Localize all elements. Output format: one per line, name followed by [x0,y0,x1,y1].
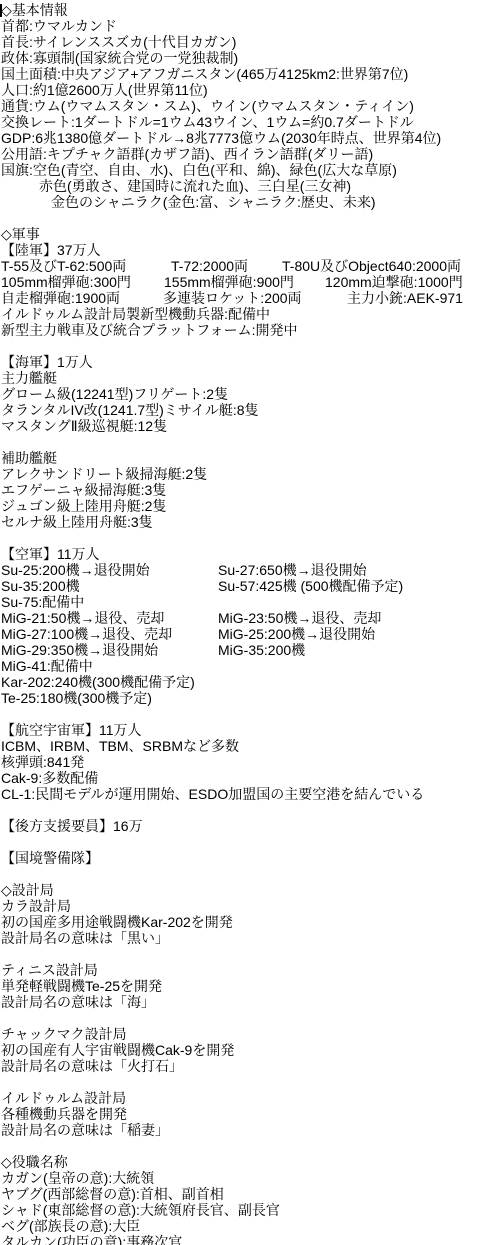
text-line: 首長:サイレンススズカ(十代目カガン) [1,34,500,50]
text-column: MiG-21:50機→退役、売却 [1,610,164,626]
document-body: ◇基本情報首都:ウマルカンド首長:サイレンススズカ(十代目カガン)政体:寡頭制(… [0,0,500,1245]
text-line: グローム級(12241型)フリゲート:2隻 [1,386,500,402]
text-line: 【後方支援要員】16万 [1,818,500,834]
text-line: CL-1:民間モデルが運用開始、ESDO加盟国の主要空港を結んでいる [1,786,500,802]
text-column: 多連装ロケット:200両 [163,290,302,306]
section-military-army: ◇軍事【陸軍】37万人T-55及びT-62:500両T-72:2000両T-80… [1,226,500,338]
text-line: ヤブグ(西部総督の意):首相、副首相 [1,1186,500,1202]
text-line: 105mm榴弾砲:300門155mm榴弾砲:900門120mm迫撃砲:1000門 [1,274,500,290]
section-navy-auxiliary: 補助艦艇アレクサンドリート級掃海艇:2隻エフゲーニャ級掃海艇:3隻ジュゴン級上陸… [1,450,500,530]
section-aerospace-force: 【航空宇宙軍】11万人ICBM、IRBM、TBM、SRBMなど多数核弾頭:841… [1,722,500,802]
text-line: イルドゥルム設計局 [1,1090,500,1106]
text-line: 国旗:空色(青空、自由、水)、白色(平和、綿)、緑色(広大な草原) [1,162,500,178]
text-line: ◇基本情報 [1,2,500,18]
text-line: セルナ級上陸用舟艇:3隻 [1,514,500,530]
text-line: 主力艦艇 [1,370,500,386]
text-line: 【陸軍】37万人 [1,242,500,258]
text-line: Kar-202:240機(300機配備予定) [1,674,500,690]
text-column: MiG-25:200機→退役開始 [218,626,375,642]
text-line: 単発軽戦闘機Te-25を開発 [1,978,500,994]
text-line: 通貨:ウム(ウマムスタン・スム)、ウイン(ウマムスタン・ティイン) [1,98,500,114]
section-border-guard: 【国境警備隊】 [1,850,500,866]
text-line: 設計局名の意味は「火打石」 [1,1058,500,1074]
text-column: MiG-23:50機→退役、売却 [218,610,381,626]
text-line: Su-35:200機Su-57:425機 (500機配備予定) [1,578,500,594]
text-line: GDP:6兆1380億ダートドル→8兆7773億ウム(2030年時点、世界第4位… [1,130,500,146]
text-line: 金色のシャニラク(金色:富、シャニラク:歴史、未来) [1,194,500,210]
text-line: 赤色(勇敢さ、建国時に流れた血)、三白星(三女神) [1,178,500,194]
text-line: 【国境警備隊】 [1,850,500,866]
text-column: MiG-29:350機→退役開始 [1,642,158,658]
text-line: カラ設計局 [1,898,500,914]
text-line: 【航空宇宙軍】11万人 [1,722,500,738]
text-line: 交換レート:1ダートドル=1ウム43ウイン、1ウム=約0.7ダートドル [1,114,500,130]
text-line: チャックマク設計局 [1,1026,500,1042]
text-line: ベグ(部族長の意):大臣 [1,1218,500,1234]
text-line: カガン(皇帝の意):大統領 [1,1170,500,1186]
text-line: 初の国産多用途戦闘機Kar-202を開発 [1,914,500,930]
text-line: アレクサンドリート級掃海艇:2隻 [1,466,500,482]
text-line: マスタングⅡ級巡視艇:12隻 [1,418,500,434]
section-official-titles: ◇役職名称カガン(皇帝の意):大統領ヤブグ(西部総督の意):首相、副首相シャド(… [1,1154,500,1245]
section-basic-info: ◇基本情報首都:ウマルカンド首長:サイレンススズカ(十代目カガン)政体:寡頭制(… [1,2,500,210]
text-line: Te-25:180機(300機予定) [1,690,500,706]
text-column: Su-35:200機 [1,578,80,594]
text-line: 新型主力戦車及び統合プラットフォーム:開発中 [1,322,500,338]
text-column: 155mm榴弾砲:900門 [164,274,294,290]
text-line: イルドゥルム設計局製新型機動兵器:配備中 [1,306,500,322]
section-design-bureau-kara: ◇設計局カラ設計局初の国産多用途戦闘機Kar-202を開発設計局名の意味は「黒い… [1,882,500,946]
text-column: 主力小銃:AEK-971 [347,290,463,306]
text-column: Su-27:650機→退役開始 [218,562,367,578]
text-line: 各種機動兵器を開発 [1,1106,500,1122]
text-line: Su-75:配備中 [1,594,500,610]
text-line: シャド(東部総督の意):大統領府長官、副長官 [1,1202,500,1218]
text-column: T-72:2000両 [171,258,248,274]
text-line: T-55及びT-62:500両T-72:2000両T-80U及びObject64… [1,258,500,274]
text-column: Su-25:200機→退役開始 [1,562,150,578]
text-column: T-80U及びObject640:2000両 [282,258,461,274]
text-line: 【海軍】1万人 [1,354,500,370]
text-column: Su-57:425機 (500機配備予定) [218,578,403,594]
text-column: T-55及びT-62:500両 [1,258,126,274]
text-line: MiG-27:100機→退役、売却MiG-25:200機→退役開始 [1,626,500,642]
text-line: 自走榴弾砲:1900両多連装ロケット:200両主力小銃:AEK-971 [1,290,500,306]
text-line: エフゲーニャ級掃海艇:3隻 [1,482,500,498]
text-line: タランタルIV改(1241.7型)ミサイル艇:8隻 [1,402,500,418]
text-column: 自走榴弾砲:1900両 [1,290,120,306]
text-line: 国土面積:中央アジア+アフガニスタン(465万4125km2:世界第7位) [1,66,500,82]
section-design-bureau-tinis: ティニス設計局単発軽戦闘機Te-25を開発設計局名の意味は「海」 [1,962,500,1010]
document-sections: ◇基本情報首都:ウマルカンド首長:サイレンススズカ(十代目カガン)政体:寡頭制(… [1,2,500,1245]
section-air-force: 【空軍】11万人Su-25:200機→退役開始Su-27:650機→退役開始Su… [1,546,500,706]
text-line: 人口:約1億2600万人(世界第11位) [1,82,500,98]
text-line: MiG-29:350機→退役開始MiG-35:200機 [1,642,500,658]
text-line: 首都:ウマルカンド [1,18,500,34]
text-line: ◇設計局 [1,882,500,898]
text-line: MiG-21:50機→退役、売却MiG-23:50機→退役、売却 [1,610,500,626]
text-line: タルカン(功臣の意):事務次官 [1,1234,500,1245]
text-line: 初の国産有人宇宙戦闘機Cak-9を開発 [1,1042,500,1058]
text-line: ティニス設計局 [1,962,500,978]
text-column: MiG-27:100機→退役、売却 [1,626,172,642]
text-line: ◇役職名称 [1,1154,500,1170]
text-line: 補助艦艇 [1,450,500,466]
text-column: 105mm榴弾砲:300門 [1,274,131,290]
section-navy-main: 【海軍】1万人主力艦艇グローム級(12241型)フリゲート:2隻タランタルIV改… [1,354,500,434]
text-line: ICBM、IRBM、TBM、SRBMなど多数 [1,738,500,754]
text-line: 【空軍】11万人 [1,546,500,562]
section-design-bureau-chakmak: チャックマク設計局初の国産有人宇宙戦闘機Cak-9を開発設計局名の意味は「火打石… [1,1026,500,1074]
text-line: Cak-9:多数配備 [1,770,500,786]
text-line: ジュゴン級上陸用舟艇:2隻 [1,498,500,514]
text-line: 政体:寡頭制(国家統合党の一党独裁制) [1,50,500,66]
section-design-bureau-ildurum: イルドゥルム設計局各種機動兵器を開発設計局名の意味は「稲妻」 [1,1090,500,1138]
text-line: 設計局名の意味は「黒い」 [1,930,500,946]
section-logistics: 【後方支援要員】16万 [1,818,500,834]
text-line: 公用語:キプチャク語群(カザフ語)、西イラン語群(ダリー語) [1,146,500,162]
text-line: MiG-41:配備中 [1,658,500,674]
text-line: 設計局名の意味は「稲妻」 [1,1122,500,1138]
text-line: ◇軍事 [1,226,500,242]
text-column: MiG-35:200機 [218,642,305,658]
text-line: 核弾頭:841発 [1,754,500,770]
text-column: 120mm迫撃砲:1000門 [325,274,463,290]
text-line: Su-25:200機→退役開始Su-27:650機→退役開始 [1,562,500,578]
text-line: 設計局名の意味は「海」 [1,994,500,1010]
